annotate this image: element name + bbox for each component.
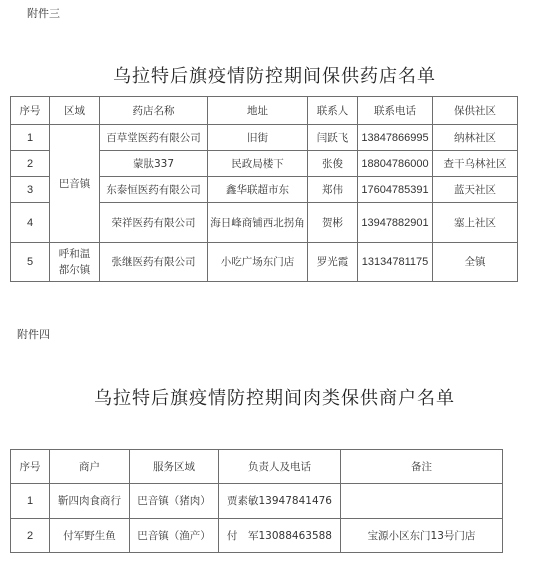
service-area: 巴音镇（猪肉）	[130, 484, 219, 519]
table-row: 1 靳四肉食商行 巴音镇（猪肉） 贾素敏13947841476	[11, 484, 503, 519]
address: 旧街	[208, 125, 308, 151]
community: 纳林社区	[433, 125, 518, 151]
header-contact-phone: 负责人及电话	[219, 450, 341, 484]
phone: 17604785391	[358, 177, 433, 203]
phone: 18804786000	[358, 151, 433, 177]
community: 塞上社区	[433, 203, 518, 243]
address: 小吃广场东门店	[208, 243, 308, 282]
table-row: 1 巴音镇 百草堂医药有限公司 旧街 闫跃飞 13847866995 纳林社区	[11, 125, 518, 151]
meat-merchant-table: 序号 商户 服务区域 负责人及电话 备注 1 靳四肉食商行 巴音镇（猪肉） 贾素…	[10, 449, 503, 553]
community: 蓝天社区	[433, 177, 518, 203]
contact: 郑伟	[308, 177, 358, 203]
row-no: 3	[11, 177, 50, 203]
header-community: 保供社区	[433, 97, 518, 125]
address: 鑫华联超市东	[208, 177, 308, 203]
table-row: 5 呼和温都尔镇 张继医药有限公司 小吃广场东门店 罗光霞 1313478117…	[11, 243, 518, 282]
contact: 罗光霞	[308, 243, 358, 282]
table-row: 2 付军野生鱼 巴音镇（渔产） 付 军13088463588 宝源小区东门13号…	[11, 519, 503, 553]
phone: 13947882901	[358, 203, 433, 243]
row-no: 2	[11, 151, 50, 177]
header-service-area: 服务区域	[130, 450, 219, 484]
row-no: 4	[11, 203, 50, 243]
phone: 13847866995	[358, 125, 433, 151]
pharmacy-name: 蒙肽337	[100, 151, 208, 177]
pharmacy-name: 百草堂医药有限公司	[100, 125, 208, 151]
merchant: 付军野生鱼	[50, 519, 130, 553]
attachment-3-label: 附件三	[27, 5, 60, 21]
header-merchant: 商户	[50, 450, 130, 484]
header-phone: 联系电话	[358, 97, 433, 125]
header-contact: 联系人	[308, 97, 358, 125]
table-header-row: 序号 商户 服务区域 负责人及电话 备注	[11, 450, 503, 484]
contact: 闫跃飞	[308, 125, 358, 151]
header-address: 地址	[208, 97, 308, 125]
service-area: 巴音镇（渔产）	[130, 519, 219, 553]
pharmacy-name: 东泰恒医药有限公司	[100, 177, 208, 203]
note	[341, 484, 503, 519]
note: 宝源小区东门13号门店	[341, 519, 503, 553]
pharmacy-list-title: 乌拉特后旗疫情防控期间保供药店名单	[0, 62, 549, 88]
meat-merchant-list-title: 乌拉特后旗疫情防控期间肉类保供商户名单	[0, 384, 549, 410]
header-note: 备注	[341, 450, 503, 484]
region-cell: 呼和温都尔镇	[50, 243, 100, 282]
header-region: 区域	[50, 97, 100, 125]
contact-phone: 付 军13088463588	[219, 519, 341, 553]
row-no: 1	[11, 125, 50, 151]
header-no: 序号	[11, 97, 50, 125]
header-pharmacy-name: 药店名称	[100, 97, 208, 125]
contact: 贺彬	[308, 203, 358, 243]
pharmacy-name: 荣祥医药有限公司	[100, 203, 208, 243]
table-header-row: 序号 区域 药店名称 地址 联系人 联系电话 保供社区	[11, 97, 518, 125]
pharmacy-table: 序号 区域 药店名称 地址 联系人 联系电话 保供社区 1 巴音镇 百草堂医药有…	[10, 96, 518, 282]
contact: 张俊	[308, 151, 358, 177]
phone: 13134781175	[358, 243, 433, 282]
header-no: 序号	[11, 450, 50, 484]
row-no: 2	[11, 519, 50, 553]
address: 民政局楼下	[208, 151, 308, 177]
community: 全镇	[433, 243, 518, 282]
address: 海日峰商铺西北拐角	[208, 203, 308, 243]
pharmacy-name: 张继医药有限公司	[100, 243, 208, 282]
region-cell: 巴音镇	[50, 125, 100, 243]
community: 查干乌林社区	[433, 151, 518, 177]
attachment-4-label: 附件四	[17, 326, 50, 342]
row-no: 1	[11, 484, 50, 519]
merchant: 靳四肉食商行	[50, 484, 130, 519]
row-no: 5	[11, 243, 50, 282]
contact-phone: 贾素敏13947841476	[219, 484, 341, 519]
